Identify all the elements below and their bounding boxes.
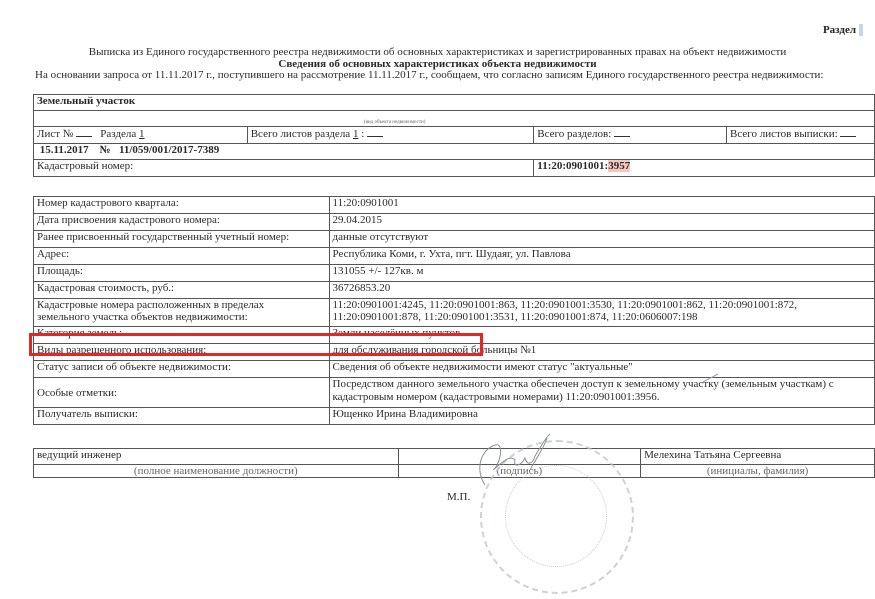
date-number-row: 15.11.2017 № 11/059/001/2017-7389 xyxy=(34,144,875,160)
intro-text: На основании запроса от 11.11.2017 г., п… xyxy=(35,70,835,81)
signer-position: ведущий инженер xyxy=(34,449,399,465)
row-label: Особые отметки: xyxy=(34,378,330,408)
row-value-line: кадастровым номером (кадастровыми номера… xyxy=(333,391,872,404)
table-row: Адрес:Республика Коми, г. Ухта, пгт. Шуд… xyxy=(34,248,875,265)
row-label: Кадастровая стоимость, руб.: xyxy=(34,282,330,299)
row-value: 11:20:0901001 xyxy=(329,197,875,214)
table-row: Особые отметки: Посредством данного земе… xyxy=(34,378,875,408)
extract-number: 11/059/001/2017-7389 xyxy=(119,144,219,156)
section-value: 1 xyxy=(139,128,145,140)
row-value: 131055 +/- 127кв. м xyxy=(329,265,875,282)
row-value: 11:20:0901001:4245, 11:20:0901001:863, 1… xyxy=(329,299,875,327)
row-value: данные отсутствуют xyxy=(329,231,875,248)
sheet-label: Лист № xyxy=(37,128,73,140)
total-sheets-label: Всего листов выписки: xyxy=(730,128,838,140)
extract-date: 15.11.2017 xyxy=(40,144,89,156)
signature-table: ведущий инженер Мелехина Татьяна Сергеев… xyxy=(33,448,875,478)
row-label: Ранее присвоенный государственный учетны… xyxy=(34,231,330,248)
position-caption: (полное наименование должности) xyxy=(34,465,399,478)
row-value-line: 11:20:0901001:878, 11:20:0901001:3531, 1… xyxy=(333,311,872,323)
row-label: Площадь: xyxy=(34,265,330,282)
handwritten-signature-icon xyxy=(455,430,565,490)
object-type: Земельный участок xyxy=(34,95,875,111)
object-header-table: Земельный участок (вид объекта недвижимо… xyxy=(33,94,875,177)
attributes-table: Номер кадастрового квартала:11:20:090100… xyxy=(33,196,875,425)
total-sections-label: Всего разделов: xyxy=(537,128,611,140)
sheet-number-blank xyxy=(76,127,92,137)
row-value: Посредством данного земельного участка о… xyxy=(329,378,875,408)
row-label: Кадастровые номера расположенных в преде… xyxy=(34,299,330,327)
table-row: Кадастровая стоимость, руб.:36726853.20 xyxy=(34,282,875,299)
table-row: Ранее присвоенный государственный учетны… xyxy=(34,231,875,248)
row-value-line: 11:20:0901001:4245, 11:20:0901001:863, 1… xyxy=(333,299,872,311)
row-value: 36726853.20 xyxy=(329,282,875,299)
row-label: Статус записи об объекте недвижимости: xyxy=(34,361,330,378)
sheet-cell: Лист № Раздела 1 xyxy=(34,127,248,144)
total-section-sheets-blank xyxy=(367,127,383,137)
highlight-box xyxy=(29,333,483,356)
object-type-caption-row: (вид объекта недвижимости) xyxy=(34,111,875,127)
total-section-sheets-value: 1 xyxy=(353,128,359,140)
name-caption: (инициалы, фамилия) xyxy=(641,465,875,478)
cadastral-number-suffix: 3957 xyxy=(608,160,630,172)
table-row: Получатель выписки:Ющенко Ирина Владимир… xyxy=(34,408,875,425)
row-value: Республика Коми, г. Ухта, пгт. Шудаяг, у… xyxy=(329,248,875,265)
row-value: 29.04.2015 xyxy=(329,214,875,231)
row-label-line: Кадастровые номера расположенных в преде… xyxy=(37,299,326,311)
row-value-line: Посредством данного земельного участка о… xyxy=(333,378,872,391)
total-sheets-cell: Всего листов выписки: xyxy=(727,127,875,144)
object-type-caption: (вид объекта недвижимости) xyxy=(364,120,425,125)
number-sign: № xyxy=(100,144,111,156)
row-label: Получатель выписки: xyxy=(34,408,330,425)
total-sections-cell: Всего разделов: xyxy=(534,127,727,144)
seal-label: М.П. xyxy=(447,491,470,503)
cadastral-number-cell: 11:20:0901001:3957 xyxy=(534,160,875,177)
cadastral-number-label: Кадастровый номер: xyxy=(37,160,133,172)
table-row: Кадастровые номера расположенных в преде… xyxy=(34,299,875,327)
table-row: Площадь:131055 +/- 127кв. м xyxy=(34,265,875,282)
section-mark xyxy=(859,24,863,36)
row-value: Сведения об объекте недвижимости имеют с… xyxy=(329,361,875,378)
table-row: Статус записи об объекте недвижимости:Св… xyxy=(34,361,875,378)
table-row: Номер кадастрового квартала:11:20:090100… xyxy=(34,197,875,214)
total-sections-blank xyxy=(614,127,630,137)
document-title: Выписка из Единого государственного реес… xyxy=(0,46,875,58)
section-label: Раздел xyxy=(823,24,856,36)
section-label: Раздела xyxy=(100,128,136,140)
cadastral-number-prefix: 11:20:0901001: xyxy=(537,160,608,172)
total-section-sheets-label: Всего листов раздела xyxy=(251,128,350,140)
row-label-line: земельного участка объектов недвижимости… xyxy=(37,311,326,323)
section-marker: Раздел xyxy=(823,24,863,36)
row-value: Ющенко Ирина Владимировна xyxy=(329,408,875,425)
total-section-sheets-cell: Всего листов раздела 1 : xyxy=(247,127,534,144)
signer-name: Мелехина Татьяна Сергеевна xyxy=(641,449,875,465)
row-label: Номер кадастрового квартала: xyxy=(34,197,330,214)
pen-mark-icon xyxy=(700,372,720,384)
total-sheets-blank xyxy=(840,127,856,137)
row-label: Дата присвоения кадастрового номера: xyxy=(34,214,330,231)
table-row: Дата присвоения кадастрового номера:29.0… xyxy=(34,214,875,231)
row-label: Адрес: xyxy=(34,248,330,265)
cadastral-label-cell: Кадастровый номер: xyxy=(34,160,534,177)
